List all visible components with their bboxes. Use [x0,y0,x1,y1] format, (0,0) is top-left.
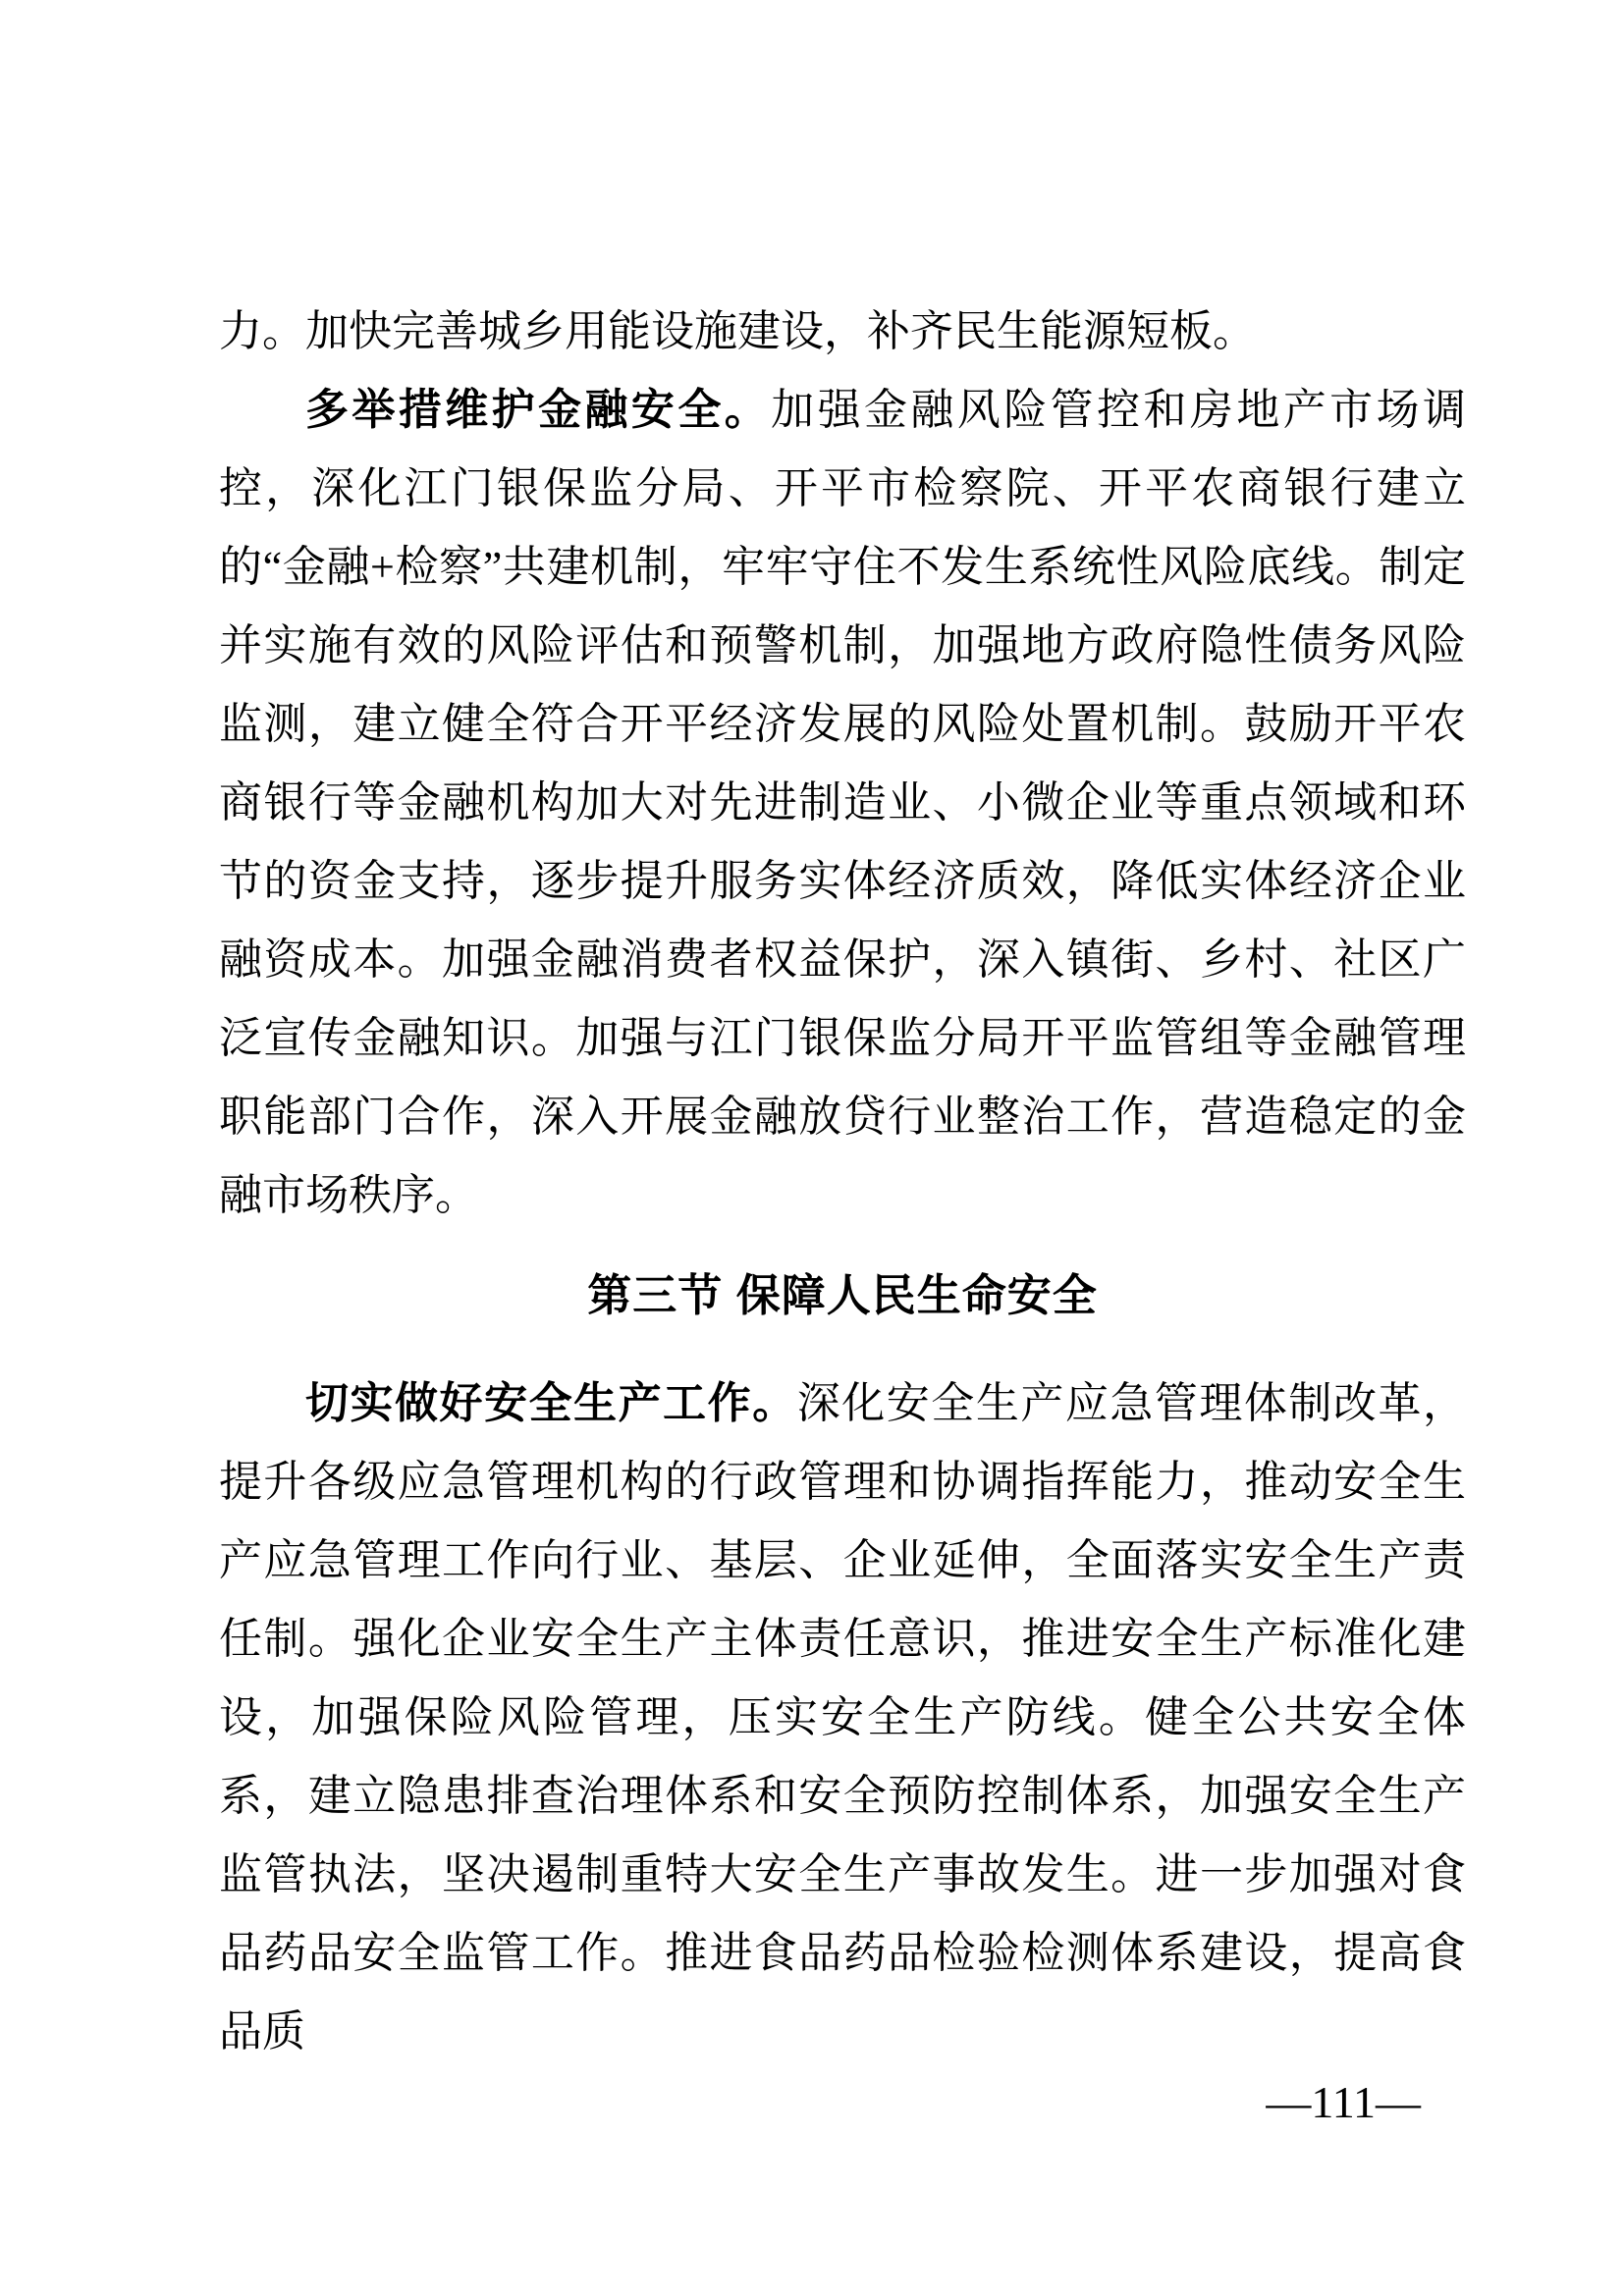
section-heading: 第三节 保障人民生命安全 [219,1256,1466,1335]
paragraph-continuation: 力。加快完善城乡用能设施建设，补齐民生能源短板。 [219,293,1466,371]
page-body: 力。加快完善城乡用能设施建设，补齐民生能源短板。 多举措维护金融安全。加强金融风… [219,293,1466,2071]
paragraph-text: 加强金融风险管控和房地产市场调控，深化江门银保监分局、开平市检察院、开平农商银行… [219,386,1466,1219]
paragraph-text: 深化安全生产应急管理体制改革，提升各级应急管理机构的行政管理和协调指挥能力，推动… [219,1379,1466,2056]
document-page: 力。加快完善城乡用能设施建设，补齐民生能源短板。 多举措维护金融安全。加强金融风… [0,0,1624,2296]
paragraph-financial-security: 多举措维护金融安全。加强金融风险管控和房地产市场调控，深化江门银保监分局、开平市… [219,371,1466,1235]
paragraph-bold-lead: 切实做好安全生产工作。 [305,1379,797,1427]
paragraph-text: 力。加快完善城乡用能设施建设，补齐民生能源短板。 [219,307,1256,355]
page-number: —111— [1266,2077,1421,2128]
paragraph-life-safety: 切实做好安全生产工作。深化安全生产应急管理体制改革，提升各级应急管理机构的行政管… [219,1364,1466,2071]
paragraph-bold-lead: 多举措维护金融安全。 [305,386,771,434]
